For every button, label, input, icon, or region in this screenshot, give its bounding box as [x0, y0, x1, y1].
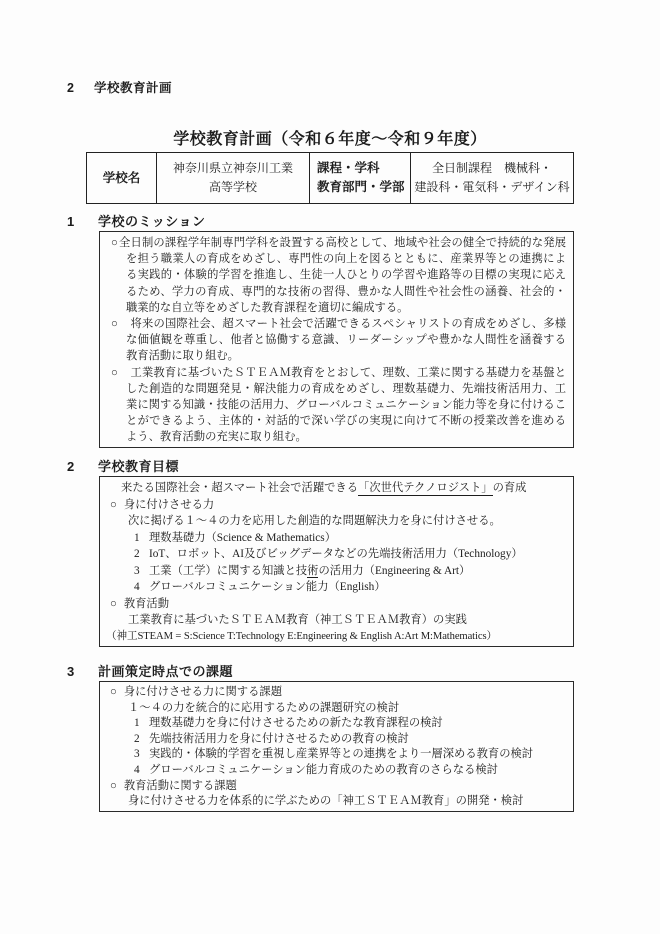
- section-goals: 2 学校教育目標 来たる国際社会・超スマート社会で活躍できる「次世代テクノロジス…: [67, 456, 577, 647]
- circle-bullet-icon: ○: [110, 780, 117, 792]
- goals-intro-line: 来たる国際社会・超スマート社会で活躍できる「次世代テクノロジスト」の育成: [105, 480, 566, 497]
- issues-item: 4グローバルコミュニケーション能力育成のための教育のさらなる検討: [105, 763, 566, 779]
- section-number: 2: [67, 459, 83, 474]
- goals-sub1-desc: 次に掲げる１～４の力を応用した創造的な問題解決力を身に付けさせる。: [105, 513, 566, 530]
- course-label-cell: 課程・学科 教育部門・学部: [310, 153, 411, 204]
- course-label-line1: 課程・学科: [317, 159, 410, 178]
- page-section-text: 学校教育計画: [94, 78, 172, 96]
- section-goals-box: 来たる国際社会・超スマート社会で活躍できる「次世代テクノロジスト」の育成 ○身に…: [99, 476, 574, 647]
- item-text: 理数基礎力（Science & Mathematics）: [149, 530, 336, 547]
- section-number: 3: [67, 664, 83, 679]
- circle-bullet-icon: ○: [111, 367, 119, 379]
- section-mission-box: ○全日制の課程学年制専門学科を設置する高校として、地域や社会の健全で持続的な発展…: [99, 231, 574, 448]
- goals-item: 2IoT、ロボット、AI及びビッグデータなどの先端技術活用力（Technolog…: [105, 546, 566, 563]
- goals-item: 4グローバルコミュニケーション能力（English）: [105, 579, 566, 596]
- issues-item: 1理数基礎力を身に付けさせるための新たな教育課程の検討: [105, 716, 566, 732]
- mission-bullet: ○全日制の課程学年制専門学科を設置する高校として、地域や社会の健全で持続的な発展…: [105, 235, 566, 316]
- section-mission-heading: 1 学校のミッション: [67, 211, 577, 227]
- school-name-label-cell: 学校名: [87, 153, 157, 204]
- issues-sub2-desc: 身に付けさせる力を体系的に学ぶための「神工ＳＴＥＡＭ教育」の開発・検討: [105, 794, 566, 810]
- school-info-table: 学校名 神奈川県立神奈川工業 高等学校 課程・学科 教育部門・学部 全日制課程 …: [86, 152, 574, 204]
- item-text: グローバルコミュニケーション能力育成のための教育のさらなる検討: [149, 763, 498, 779]
- circle-bullet-icon: ○: [110, 598, 117, 610]
- mission-bullet-text: 工業教育に基づいたＳＴＥＡＭ教育をとおして、理数、工業に関する基礎力を基盤とした…: [119, 367, 566, 444]
- item-text-pre: IoT、ロボット、AI及びビッグデータなどの先端技術活用力（Technology…: [149, 548, 523, 560]
- mission-bullet: ○ 将来の国際社会、超スマート社会で活躍できるスペシャリストの育成をめざし、多様…: [105, 316, 566, 365]
- section-issues: 3 計画策定時点での課題 ○身に付けさせる力に関する課題 １～４の力を統合的に応…: [67, 661, 577, 812]
- circle-bullet-icon: ○: [110, 499, 117, 511]
- item-number: 4: [134, 579, 149, 596]
- page-section-label: 2 学校教育計画: [67, 78, 172, 96]
- goals-sub1-heading: ○身に付けさせる力: [105, 497, 566, 514]
- goals-sub2-heading: ○教育活動: [105, 596, 566, 613]
- item-text-pre: 理数基礎力（Science & Mathematics）: [149, 532, 336, 544]
- mission-bullet-text: 全日制の課程学年制専門学科を設置する高校として、地域や社会の健全で持続的な発展を…: [119, 237, 566, 314]
- section-issues-heading: 3 計画策定時点での課題: [67, 661, 577, 677]
- issues-sub1-desc: １～４の力を統合的に応用するための課題研究の検討: [105, 701, 566, 717]
- item-number: 1: [134, 530, 149, 547]
- goals-sub2-desc: 工業教育に基づいたＳＴＥＡＭ教育（神工ＳＴＥＡＭ教育）の実践: [105, 612, 566, 629]
- goals-intro-underlined: 「次世代テクノロジスト」: [358, 482, 493, 496]
- issues-sub1-heading: ○身に付けさせる力に関する課題: [105, 685, 566, 701]
- item-text-post: の活用力（Engineering & Art）: [318, 565, 470, 577]
- section-issues-box: ○身に付けさせる力に関する課題 １～４の力を統合的に応用するための課題研究の検討…: [99, 681, 574, 812]
- school-name-value-cell: 神奈川県立神奈川工業 高等学校: [157, 153, 310, 204]
- issues-item: 2先端技術活用力を身に付けさせるための教育の検討: [105, 732, 566, 748]
- item-number: 2: [134, 732, 149, 748]
- page-section-number: 2: [67, 81, 83, 95]
- course-value-cell: 全日制課程 機械科・ 建設科・電気科・デザイン科: [411, 153, 574, 204]
- item-text: 理数基礎力を身に付けさせるための新たな教育課程の検討: [149, 716, 443, 732]
- item-number: 3: [134, 747, 149, 763]
- circle-bullet-icon: ○: [111, 318, 119, 330]
- item-text: 実践的・体験的学習を重視し産業界等との連携をより一層深める教育の検討: [149, 747, 533, 763]
- issues-sub2-heading: ○教育活動に関する課題: [105, 779, 566, 795]
- item-number: 2: [134, 546, 149, 563]
- school-name-label: 学校名: [87, 169, 156, 188]
- section-title: 学校教育目標: [98, 456, 179, 475]
- course-label-line2: 教育部門・学部: [317, 178, 410, 197]
- circle-bullet-icon: ○: [111, 237, 119, 249]
- course-value-line2: 建設科・電気科・デザイン科: [411, 178, 573, 197]
- issues-item: 3実践的・体験的学習を重視し産業界等との連携をより一層深める教育の検討: [105, 747, 566, 763]
- section-mission: 1 学校のミッション ○全日制の課程学年制専門学科を設置する高校として、地域や社…: [67, 211, 577, 448]
- section-goals-heading: 2 学校教育目標: [67, 456, 577, 472]
- goals-intro-post: の育成: [493, 482, 527, 494]
- goals-item: 1理数基礎力（Science & Mathematics）: [105, 530, 566, 547]
- goals-item: 3工業（工学）に関する知識と技術の活用力（Engineering & Art）: [105, 563, 566, 580]
- document-page: 2 学校教育計画 学校教育計画（令和６年度～令和９年度） 学校名 神奈川県立神奈…: [0, 0, 660, 934]
- issues-sub2-title: 教育活動に関する課題: [124, 780, 237, 792]
- steam-footnote: （神工STEAM = S:Science T:Technology E:Engi…: [105, 629, 566, 646]
- item-number: 1: [134, 716, 149, 732]
- mission-bullet-text: 将来の国際社会、超スマート社会で活躍できるスペシャリストの育成をめざし、多様な価…: [119, 318, 566, 362]
- section-title: 計画策定時点での課題: [98, 661, 233, 680]
- school-name-line2: 高等学校: [157, 178, 309, 197]
- goals-intro-pre: 来たる国際社会・超スマート社会で活躍できる: [121, 482, 358, 494]
- item-text: グローバルコミュニケーション能力（English）: [149, 579, 386, 596]
- school-name-line1: 神奈川県立神奈川工業: [157, 159, 309, 178]
- item-number: 3: [134, 563, 149, 580]
- table-row: 学校名 神奈川県立神奈川工業 高等学校 課程・学科 教育部門・学部 全日制課程 …: [87, 153, 574, 204]
- item-number: 4: [134, 763, 149, 779]
- section-number: 1: [67, 214, 83, 229]
- item-text-pre: 工業（工学）に関する知識と技: [149, 565, 307, 577]
- goals-sub2-title: 教育活動: [124, 598, 169, 610]
- item-text-pre: グローバルコミュニケーション能力（English）: [149, 581, 386, 593]
- circle-bullet-icon: ○: [110, 686, 117, 698]
- item-text: 先端技術活用力を身に付けさせるための教育の検討: [149, 732, 409, 748]
- document-title: 学校教育計画（令和６年度～令和９年度）: [0, 126, 660, 149]
- section-title: 学校のミッション: [98, 211, 205, 230]
- goals-sub1-title: 身に付けさせる力: [124, 499, 214, 511]
- course-value-line1: 全日制課程 機械科・: [411, 159, 573, 178]
- item-text: 工業（工学）に関する知識と技術の活用力（Engineering & Art）: [149, 563, 470, 580]
- item-text-underlined: 術: [307, 565, 318, 579]
- mission-bullet: ○ 工業教育に基づいたＳＴＥＡＭ教育をとおして、理数、工業に関する基礎力を基盤と…: [105, 365, 566, 446]
- item-text: IoT、ロボット、AI及びビッグデータなどの先端技術活用力（Technology…: [149, 546, 523, 563]
- issues-sub1-title: 身に付けさせる力に関する課題: [124, 686, 282, 698]
